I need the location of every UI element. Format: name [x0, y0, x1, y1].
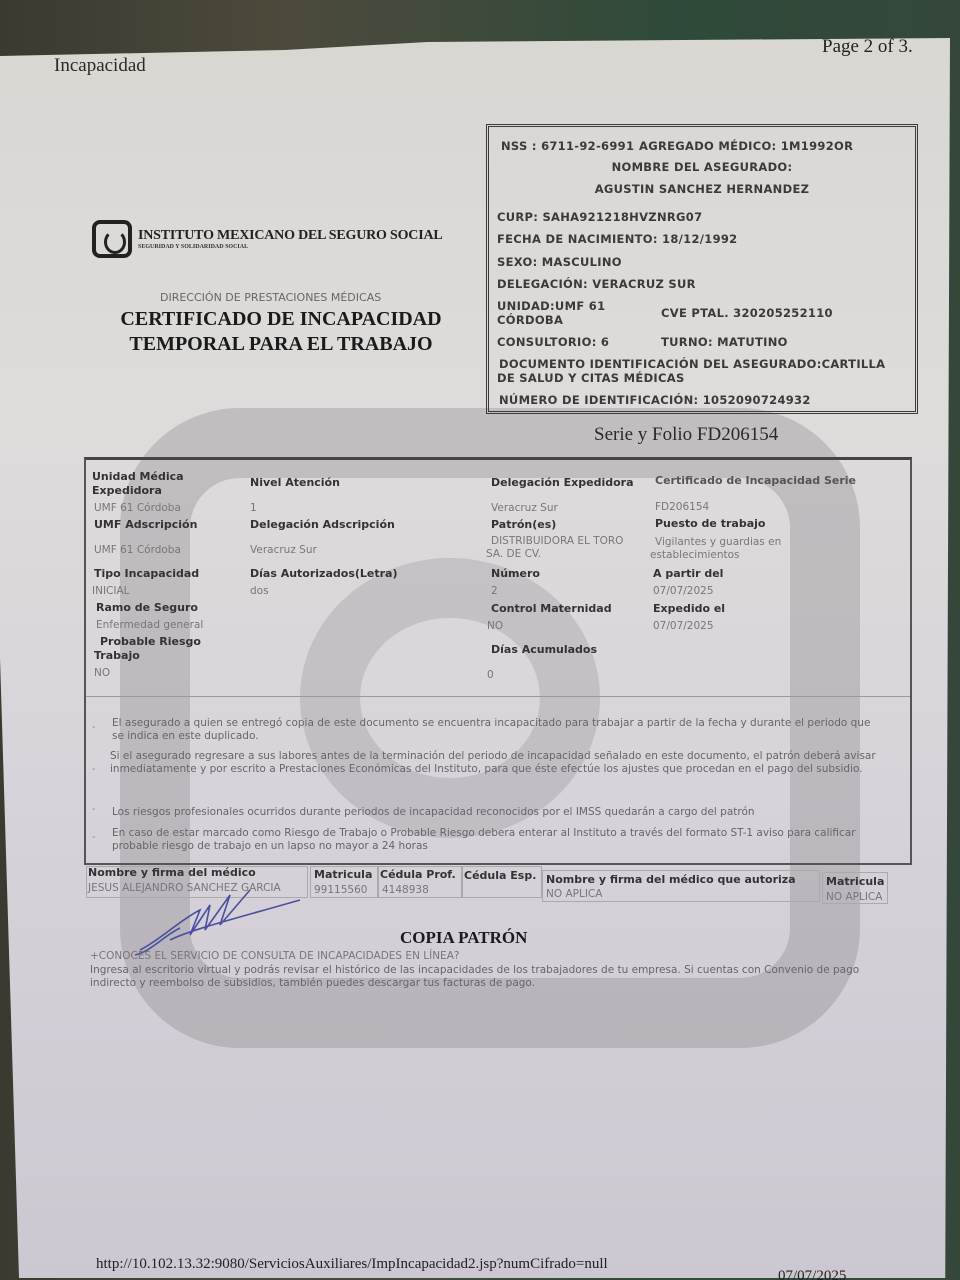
- matricula2-value: NO APLICA: [826, 891, 882, 903]
- dias-acum-label: Días Acumulados: [491, 643, 597, 657]
- insured-name-label: NOMBRE DEL ASEGURADO:: [489, 160, 915, 174]
- certificate-title: CERTIFICADO DE INCAPACIDAD TEMPORAL PARA…: [118, 307, 444, 357]
- tipo-label: Tipo Incapacidad: [94, 567, 199, 581]
- id-number: NÚMERO DE IDENTIFICACIÓN: 1052090724932: [499, 393, 811, 407]
- medico-label: Nombre y firma del médico: [88, 866, 256, 879]
- matricula-value: 99115560: [314, 884, 367, 896]
- delegation: DELEGACIÓN: VERACRUZ SUR: [497, 277, 696, 291]
- imss-logo-icon: [92, 220, 132, 258]
- institution-header: INSTITUTO MEXICANO DEL SEGURO SOCIAL SEG…: [92, 220, 443, 258]
- ramo-label: Ramo de Seguro: [96, 601, 198, 615]
- unit: UNIDAD:UMF 61 CÓRDOBA: [497, 299, 605, 327]
- footer-url: http://10.102.13.32:9080/ServiciosAuxili…: [96, 1256, 608, 1273]
- autoriza-label: Nombre y firma del médico que autoriza: [546, 873, 796, 886]
- note-4: En caso de estar marcado como Riesgo de …: [112, 827, 872, 853]
- matricula-label: Matricula: [314, 868, 372, 881]
- doctor-signature: [130, 880, 310, 960]
- note-3: Los riesgos profesionales ocurridos dura…: [112, 806, 882, 819]
- umf-ads-value: UMF 61 Córdoba: [94, 543, 181, 557]
- tipo-value: INICIAL: [92, 584, 130, 598]
- document-id-line2: DE SALUD Y CITAS MÉDICAS: [497, 371, 885, 385]
- sex: SEXO: MASCULINO: [497, 255, 622, 269]
- unit-line2: CÓRDOBA: [497, 313, 605, 327]
- numero-label: Número: [491, 567, 540, 581]
- nss: NSS : 6711-92-6991: [501, 139, 634, 153]
- matricula2-label: Matricula: [826, 875, 884, 888]
- cert-serie-label: Certificado de Incapacidad Serie: [655, 474, 856, 488]
- section-divider: [86, 696, 910, 697]
- riesgo-value: NO: [94, 666, 110, 680]
- patron-value-line2: SA. DE CV.: [486, 547, 541, 561]
- page-header-title: Incapacidad: [54, 55, 146, 77]
- expedido-value: 07/07/2025: [653, 619, 714, 633]
- patron-value-line1: DISTRIBUIDORA EL TORO: [491, 534, 623, 548]
- unit-line1: UNIDAD:UMF 61: [497, 299, 605, 313]
- dias-letra-value: dos: [250, 584, 269, 598]
- a-partir-value: 07/07/2025: [653, 584, 714, 598]
- cedula-value: 4148938: [382, 884, 429, 896]
- insured-info-box: NSS : 6711-92-6991 AGREGADO MÉDICO: 1M19…: [486, 124, 918, 414]
- online-service-text: Ingresa al escritorio virtual y podrás r…: [90, 964, 880, 990]
- document-id-line1: DOCUMENTO IDENTIFICACIÓN DEL ASEGURADO:C…: [499, 357, 885, 371]
- deleg-exp-label: Delegación Expedidora: [491, 476, 634, 490]
- expedido-label: Expedido el: [653, 602, 725, 616]
- cert-serie-value: FD206154: [655, 500, 709, 514]
- unidad-medica-label: Unidad Médica Expedidora: [92, 470, 212, 498]
- certificate-title-line1: CERTIFICADO DE INCAPACIDAD: [118, 307, 444, 332]
- cedula-esp-label: Cédula Esp.: [464, 869, 536, 882]
- deleg-ads-label: Delegación Adscripción: [250, 518, 395, 532]
- institution-name: INSTITUTO MEXICANO DEL SEGURO SOCIAL: [138, 228, 443, 244]
- cedula-label: Cédula Prof.: [380, 868, 456, 881]
- footer-date: 07/07/2025: [778, 1268, 846, 1280]
- nivel-value: 1: [250, 501, 257, 515]
- ramo-value: Enfermedad general: [96, 618, 203, 632]
- page-indicator: Page 2 of 3.: [822, 36, 913, 58]
- bullet: -: [92, 832, 96, 843]
- puesto-value-line1: Vigilantes y guardias en: [655, 535, 781, 549]
- dias-acum-value: 0: [487, 668, 494, 682]
- bullet: -: [92, 722, 96, 733]
- serie-folio: Serie y Folio FD206154: [594, 424, 778, 446]
- cve-ptal: CVE PTAL. 320205252110: [661, 306, 833, 320]
- puesto-value-line2: establecimientos: [650, 548, 740, 562]
- direction-label: DIRECCIÓN DE PRESTACIONES MÉDICAS: [160, 291, 381, 304]
- note-2: Si el asegurado regresare a sus labores …: [110, 750, 880, 776]
- birth-date: FECHA DE NACIMIENTO: 18/12/1992: [497, 232, 737, 246]
- turno: TURNO: MATUTINO: [661, 335, 788, 349]
- dias-letra-label: Días Autorizados(Letra): [250, 567, 398, 581]
- insured-name: AGUSTIN SANCHEZ HERNANDEZ: [489, 182, 915, 196]
- patron-label: Patrón(es): [491, 518, 556, 532]
- numero-value: 2: [491, 584, 498, 598]
- consultorio: CONSULTORIO: 6: [497, 335, 609, 349]
- control-mat-value: NO: [487, 619, 503, 633]
- bullet: -: [92, 804, 96, 815]
- control-mat-label: Control Maternidad: [491, 602, 612, 616]
- riesgo-label-line1: Probable Riesgo: [100, 635, 201, 649]
- curp: CURP: SAHA921218HVZNRG07: [497, 210, 702, 224]
- riesgo-label-line2: Trabajo: [94, 649, 140, 663]
- copy-title: COPIA PATRÓN: [400, 928, 527, 948]
- note-1: El asegurado a quien se entregó copia de…: [112, 717, 872, 743]
- unidad-medica-value: UMF 61 Córdoba: [94, 501, 181, 515]
- institution-tagline: SEGURIDAD Y SOLIDARIDAD SOCIAL: [138, 244, 443, 250]
- umf-ads-label: UMF Adscripción: [94, 518, 197, 532]
- autoriza-value: NO APLICA: [546, 888, 602, 900]
- puesto-label: Puesto de trabajo: [655, 517, 765, 531]
- online-service-question: +CONOCES EL SERVICIO DE CONSULTA DE INCA…: [90, 950, 459, 962]
- nivel-label: Nivel Atención: [250, 476, 340, 490]
- document-id: DOCUMENTO IDENTIFICACIÓN DEL ASEGURADO:C…: [499, 357, 885, 385]
- a-partir-label: A partir del: [653, 567, 723, 581]
- certificate-title-line2: TEMPORAL PARA EL TRABAJO: [118, 332, 444, 357]
- deleg-exp-value: Veracruz Sur: [491, 501, 558, 515]
- certificate-details: Unidad Médica Expedidora UMF 61 Córdoba …: [84, 457, 912, 865]
- bullet: -: [92, 764, 96, 775]
- deleg-ads-value: Veracruz Sur: [250, 543, 317, 557]
- agregado-medico: AGREGADO MÉDICO: 1M1992OR: [639, 139, 853, 153]
